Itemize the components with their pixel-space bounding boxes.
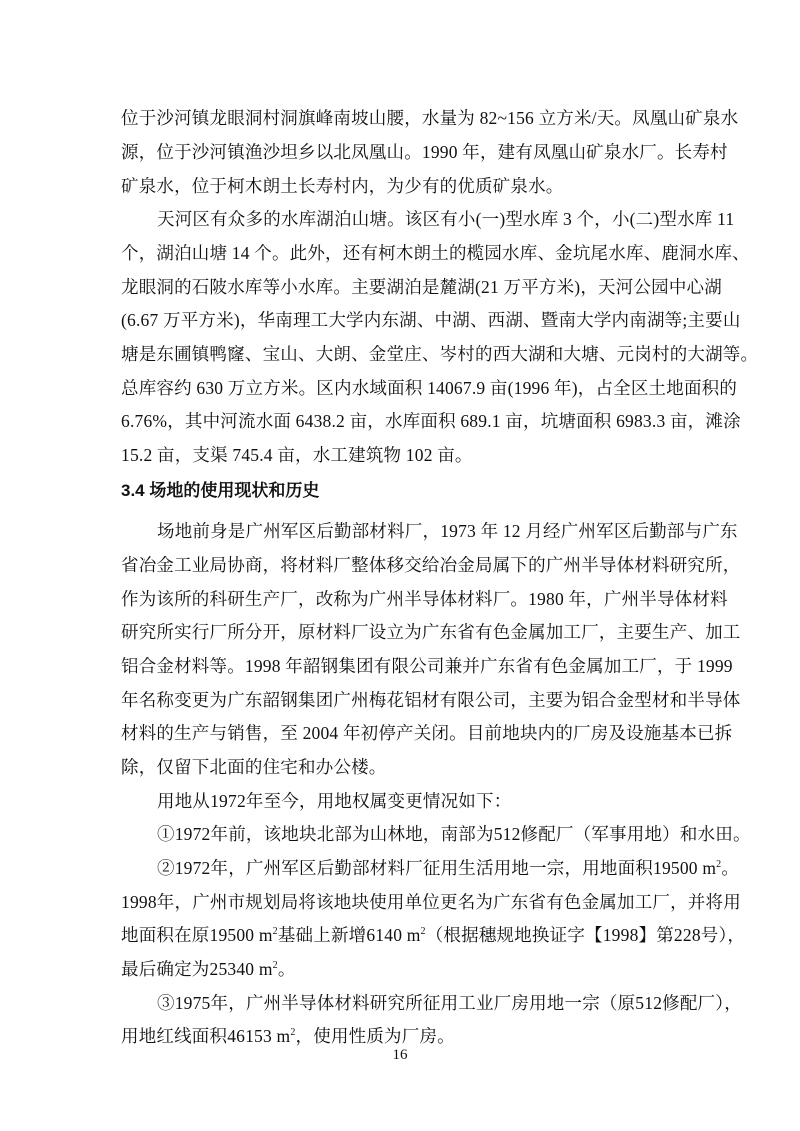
document-page: 位于沙河镇龙眼洞村洞旗峰南坡山腰，水量为 82~156 立方米/天。凤凰山矿泉水… xyxy=(0,0,800,1131)
section-heading: 3.4 场地的使用现状和历史 xyxy=(121,481,319,501)
text-fragment: 最后确定为25340 m xyxy=(121,959,273,979)
paragraph-line: 年名称变更为广东韶钢集团广州梅花铝材有限公司，主要为铝合金型材和半导体 xyxy=(121,690,686,710)
text-fragment: 。 xyxy=(721,858,739,878)
paragraph-line: 位于沙河镇龙眼洞村洞旗峰南坡山腰，水量为 82~156 立方米/天。凤凰山矿泉水 xyxy=(121,108,686,128)
list-item-1: ①1972年前，该地块北部为山林地，南部为512修配厂（军事用地）和水田。 xyxy=(157,824,686,844)
paragraph-line: 源，位于沙河镇渔沙坦乡以北凤凰山。1990 年，建有凤凰山矿泉水厂。长寿村 xyxy=(121,142,686,162)
paragraph-line: 龙眼洞的石陂水库等小水库。主要湖泊是麓湖(21 万平方米)，天河公园中心湖 xyxy=(121,277,686,297)
paragraph-line: 15.2 亩，支渠 745.4 亩，水工建筑物 102 亩。 xyxy=(121,445,686,465)
paragraph-line: 矿泉水，位于柯木朗土长寿村内，为少有的优质矿泉水。 xyxy=(121,176,686,196)
text-fragment: （根据穗规地换证字【1998】第228号）， xyxy=(426,925,745,945)
paragraph-line: 最后确定为25340 m2。 xyxy=(121,959,686,979)
paragraph-line: 塘是东圃镇鸭窿、宝山、大朗、金堂庄、岑村的西大湖和大塘、元岗村的大湖等。 xyxy=(121,344,686,364)
text-fragment: 用地红线面积46153 m xyxy=(121,1026,290,1046)
paragraph-line: 除，仅留下北面的住宅和办公楼。 xyxy=(121,757,686,777)
paragraph-line: 个，湖泊山塘 14 个。此外，还有柯木朗土的榄园水库、金坑尾水库、鹿洞水库、 xyxy=(121,243,686,263)
paragraph-line: 用地红线面积46153 m2，使用性质为厂房。 xyxy=(121,1026,686,1046)
paragraph-line: 场地前身是广州军区后勤部材料厂，1973 年 12 月经广州军区后勤部与广东 xyxy=(157,521,686,541)
list-item-3: ③1975年，广州半导体材料研究所征用工业厂房用地一宗（原512修配厂）， xyxy=(157,993,686,1013)
paragraph-line: 6.76%，其中河流水面 6438.2 亩，水库面积 689.1 亩，坑塘面积 … xyxy=(121,411,686,431)
text-fragment: 地面积在原19500 m xyxy=(121,925,273,945)
paragraph-line: (6.67 万平方米)，华南理工大学内东湖、中湖、西湖、暨南大学内南湖等;主要山 xyxy=(121,310,686,330)
list-item-2: ②1972年，广州军区后勤部材料厂征用生活用地一宗，用地面积19500 m2。 xyxy=(157,858,686,878)
paragraph-line: 地面积在原19500 m2基础上新增6140 m2（根据穗规地换证字【1998】… xyxy=(121,925,686,945)
paragraph-line: 铝合金材料等。1998 年韶钢集团有限公司兼并广东省有色金属加工厂，于 1999 xyxy=(121,656,686,676)
text-fragment: 基础上新增6140 m xyxy=(278,925,421,945)
text-fragment: ②1972年，广州军区后勤部材料厂征用生活用地一宗，用地面积19500 m xyxy=(157,858,716,878)
text-fragment: 。 xyxy=(278,959,296,979)
paragraph-line: 材料的生产与销售，至 2004 年初停产关闭。目前地块内的厂房及设施基本已拆 xyxy=(121,723,686,743)
page-number: 16 xyxy=(0,1046,800,1064)
text-fragment: ，使用性质为厂房。 xyxy=(296,1026,455,1046)
paragraph-line: 1998年，广州市规划局将该地块使用单位更名为广东省有色金属加工厂，并将用 xyxy=(121,892,686,912)
paragraph-line: 天河区有众多的水库湖泊山塘。该区有小(一)型水库 3 个，小(二)型水库 11 xyxy=(157,209,686,229)
paragraph-line: 总库容约 630 万立方米。区内水域面积 14067.9 亩(1996 年)，占… xyxy=(121,378,686,398)
paragraph-line: 省冶金工业局协商，将材料厂整体移交给冶金局属下的广州半导体材料研究所， xyxy=(121,555,686,575)
paragraph-line: 作为该所的科研生产厂，改称为广州半导体材料厂。1980 年，广州半导体材料 xyxy=(121,589,686,609)
paragraph-line: 研究所实行厂所分开，原材料厂设立为广东省有色金属加工厂，主要生产、加工 xyxy=(121,622,686,642)
paragraph-line: 用地从1972年至今，用地权属变更情况如下： xyxy=(157,791,686,811)
